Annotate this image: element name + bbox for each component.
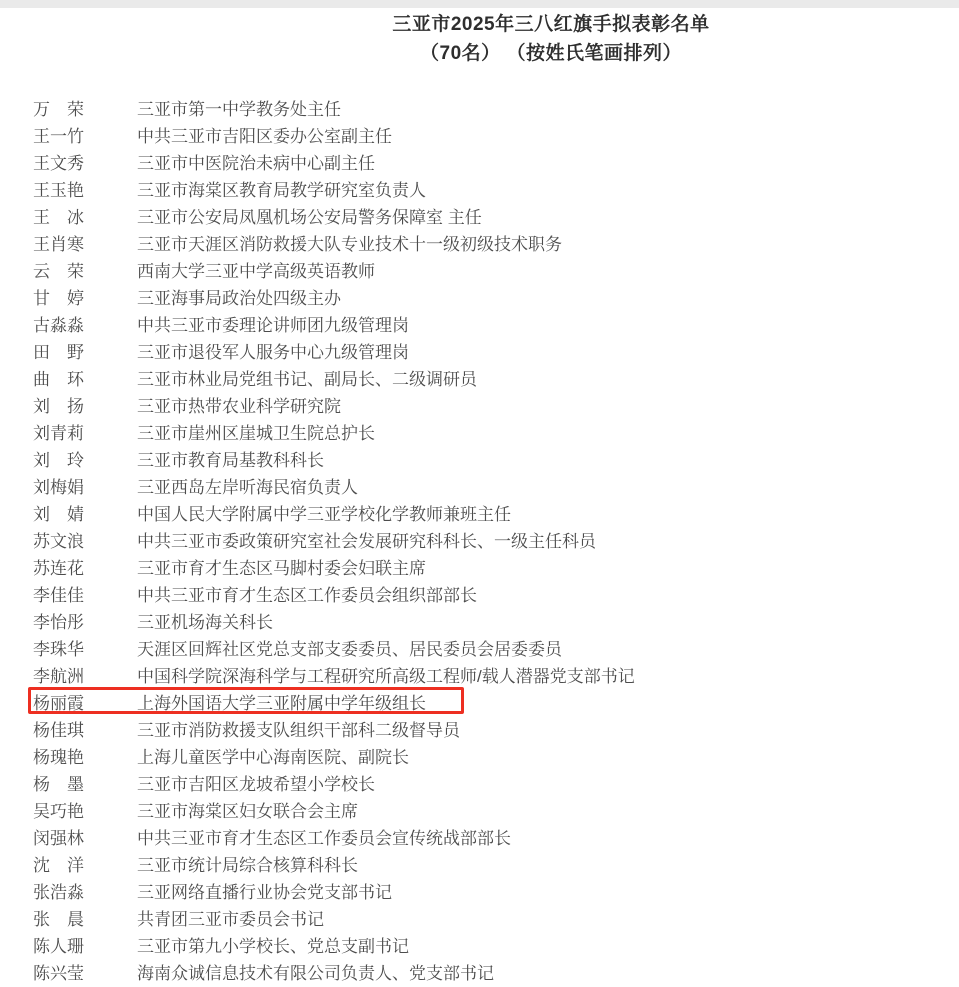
list-row: 吴巧艳 三亚市海棠区妇女联合会主席: [0, 798, 959, 825]
person-position: 三亚市第一中学教务处主任: [137, 96, 959, 123]
list-row: 李怡彤 三亚机场海关科长: [0, 609, 959, 636]
person-position: 三亚市热带农业科学研究院: [137, 393, 959, 420]
person-position: 三亚西岛左岸听海民宿负责人: [137, 474, 959, 501]
list-row: 曲 环 三亚市林业局党组书记、副局长、二级调研员: [0, 366, 959, 393]
person-name: 云 荣: [33, 258, 137, 285]
list-row: 刘 扬 三亚市热带农业科学研究院: [0, 393, 959, 420]
list-row: 苏文浪 中共三亚市委政策研究室社会发展研究科科长、一级主任科员: [0, 528, 959, 555]
list-row: 刘青莉 三亚市崖州区崖城卫生院总护长: [0, 420, 959, 447]
person-position: 共青团三亚市委员会书记: [137, 906, 959, 933]
person-position: 三亚市天涯区消防救援大队专业技术十一级初级技术职务: [137, 231, 959, 258]
list-row: 陈人珊 三亚市第九小学校长、党总支副书记: [0, 933, 959, 960]
list-row: 王 冰 三亚市公安局凤凰机场公安局警务保障室 主任: [0, 204, 959, 231]
page-title: 三亚市2025年三八红旗手拟表彰名单: [33, 14, 959, 36]
person-name: 王 冰: [33, 204, 137, 231]
person-name: 刘 玲: [33, 447, 137, 474]
honor-list: 万 荣 三亚市第一中学教务处主任 王一竹 中共三亚市吉阳区委办公室副主任 王文秀…: [0, 96, 959, 987]
person-position: 三亚市育才生态区马脚村委会妇联主席: [137, 555, 959, 582]
person-name: 王玉艳: [33, 177, 137, 204]
person-name: 李珠华: [33, 636, 137, 663]
person-name: 王肖寒: [33, 231, 137, 258]
person-name: 曲 环: [33, 366, 137, 393]
list-row: 杨瑰艳 上海儿童医学中心海南医院、副院长: [0, 744, 959, 771]
person-position: 三亚市统计局综合核算科科长: [137, 852, 959, 879]
list-row: 闵强林 中共三亚市育才生态区工作委员会宣传统战部部长: [0, 825, 959, 852]
person-name: 杨瑰艳: [33, 744, 137, 771]
person-position: 上海儿童医学中心海南医院、副院长: [137, 744, 959, 771]
person-name: 闵强林: [33, 825, 137, 852]
person-position: 三亚市林业局党组书记、副局长、二级调研员: [137, 366, 959, 393]
list-row: 王玉艳 三亚市海棠区教育局教学研究室负责人: [0, 177, 959, 204]
person-position: 中国科学院深海科学与工程研究所高级工程师/载人潜器党支部书记: [137, 663, 959, 690]
list-row: 刘梅娟 三亚西岛左岸听海民宿负责人: [0, 474, 959, 501]
person-name: 王一竹: [33, 123, 137, 150]
list-row: 苏连花 三亚市育才生态区马脚村委会妇联主席: [0, 555, 959, 582]
person-name: 古淼淼: [33, 312, 137, 339]
person-name: 李佳佳: [33, 582, 137, 609]
top-edge-strip: [0, 0, 959, 8]
person-position: 三亚市海棠区教育局教学研究室负责人: [137, 177, 959, 204]
document-header: 三亚市2025年三八红旗手拟表彰名单 （70名） （按姓氏笔画排列）: [33, 14, 959, 65]
person-name: 刘青莉: [33, 420, 137, 447]
person-name: 张浩淼: [33, 879, 137, 906]
person-position: 中国人民大学附属中学三亚学校化学教师兼班主任: [137, 501, 959, 528]
person-position: 三亚市退役军人服务中心九级管理岗: [137, 339, 959, 366]
person-name: 田 野: [33, 339, 137, 366]
person-position: 三亚市公安局凤凰机场公安局警务保障室 主任: [137, 204, 959, 231]
list-row: 万 荣 三亚市第一中学教务处主任: [0, 96, 959, 123]
person-name: 万 荣: [33, 96, 137, 123]
person-position: 三亚市海棠区妇女联合会主席: [137, 798, 959, 825]
person-position: 三亚市吉阳区龙坡希望小学校长: [137, 771, 959, 798]
list-row: 云 荣 西南大学三亚中学高级英语教师: [0, 258, 959, 285]
person-name: 刘 婧: [33, 501, 137, 528]
list-row: 王一竹 中共三亚市吉阳区委办公室副主任: [0, 123, 959, 150]
list-row: 杨 墨 三亚市吉阳区龙坡希望小学校长: [0, 771, 959, 798]
person-name: 李怡彤: [33, 609, 137, 636]
page-subtitle: （70名） （按姓氏笔画排列）: [33, 43, 959, 65]
person-name: 甘 婷: [33, 285, 137, 312]
person-position: 上海外国语大学三亚附属中学年级组长: [137, 690, 959, 717]
list-row: 沈 洋 三亚市统计局综合核算科科长: [0, 852, 959, 879]
person-name: 杨佳琪: [33, 717, 137, 744]
person-position: 三亚市消防救援支队组织干部科二级督导员: [137, 717, 959, 744]
person-name: 苏连花: [33, 555, 137, 582]
list-row: 陈兴莹 海南众诚信息技术有限公司负责人、党支部书记: [0, 960, 959, 987]
person-name: 李航洲: [33, 663, 137, 690]
person-name: 吴巧艳: [33, 798, 137, 825]
person-name: 陈兴莹: [33, 960, 137, 987]
list-row: 王文秀 三亚市中医院治未病中心副主任: [0, 150, 959, 177]
person-position: 海南众诚信息技术有限公司负责人、党支部书记: [137, 960, 959, 987]
person-position: 天涯区回辉社区党总支部支委委员、居民委员会居委委员: [137, 636, 959, 663]
person-position: 三亚市教育局基教科科长: [137, 447, 959, 474]
person-name: 苏文浪: [33, 528, 137, 555]
person-name: 陈人珊: [33, 933, 137, 960]
person-position: 三亚网络直播行业协会党支部书记: [137, 879, 959, 906]
person-position: 中共三亚市委政策研究室社会发展研究科科长、一级主任科员: [137, 528, 959, 555]
person-position: 中共三亚市育才生态区工作委员会组织部部长: [137, 582, 959, 609]
person-name: 王文秀: [33, 150, 137, 177]
person-name: 沈 洋: [33, 852, 137, 879]
list-row: 刘 婧 中国人民大学附属中学三亚学校化学教师兼班主任: [0, 501, 959, 528]
list-row: 甘 婷 三亚海事局政治处四级主办: [0, 285, 959, 312]
person-name: 杨 墨: [33, 771, 137, 798]
person-position: 中共三亚市育才生态区工作委员会宣传统战部部长: [137, 825, 959, 852]
person-position: 三亚市第九小学校长、党总支副书记: [137, 933, 959, 960]
person-position: 三亚海事局政治处四级主办: [137, 285, 959, 312]
person-position: 西南大学三亚中学高级英语教师: [137, 258, 959, 285]
person-position: 中共三亚市吉阳区委办公室副主任: [137, 123, 959, 150]
list-row: 李珠华 天涯区回辉社区党总支部支委委员、居民委员会居委委员: [0, 636, 959, 663]
list-row: 杨佳琪 三亚市消防救援支队组织干部科二级督导员: [0, 717, 959, 744]
list-row: 李佳佳 中共三亚市育才生态区工作委员会组织部部长: [0, 582, 959, 609]
list-row: 张浩淼 三亚网络直播行业协会党支部书记: [0, 879, 959, 906]
person-name: 杨丽霞: [33, 690, 137, 717]
list-row: 田 野 三亚市退役军人服务中心九级管理岗: [0, 339, 959, 366]
person-name: 刘梅娟: [33, 474, 137, 501]
person-position: 三亚市中医院治未病中心副主任: [137, 150, 959, 177]
list-row: 古淼淼 中共三亚市委理论讲师团九级管理岗: [0, 312, 959, 339]
list-row: 王肖寒 三亚市天涯区消防救援大队专业技术十一级初级技术职务: [0, 231, 959, 258]
list-row: 刘 玲 三亚市教育局基教科科长: [0, 447, 959, 474]
list-row: 李航洲 中国科学院深海科学与工程研究所高级工程师/载人潜器党支部书记: [0, 663, 959, 690]
list-row: 张 晨 共青团三亚市委员会书记: [0, 906, 959, 933]
list-row: 杨丽霞 上海外国语大学三亚附属中学年级组长: [0, 690, 959, 717]
person-position: 中共三亚市委理论讲师团九级管理岗: [137, 312, 959, 339]
person-position: 三亚机场海关科长: [137, 609, 959, 636]
person-name: 张 晨: [33, 906, 137, 933]
person-position: 三亚市崖州区崖城卫生院总护长: [137, 420, 959, 447]
person-name: 刘 扬: [33, 393, 137, 420]
